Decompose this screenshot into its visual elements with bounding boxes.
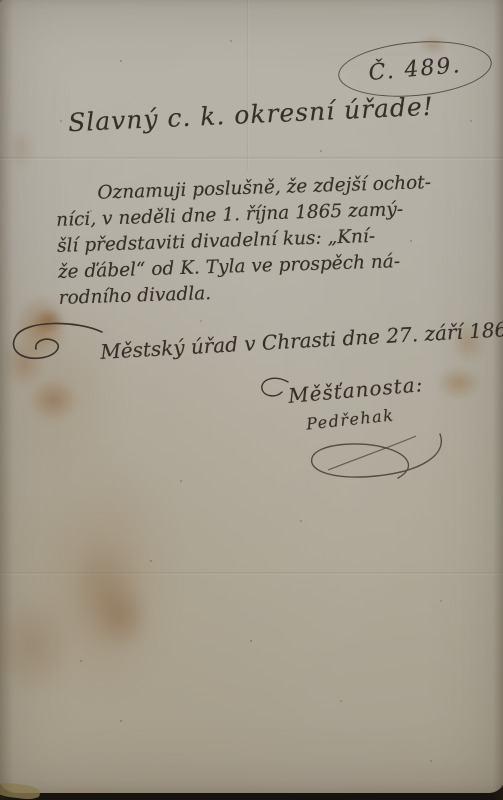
body-paragraph: Oznamuji poslušně, že zdejší ochot- níci…: [55, 170, 435, 312]
document-photo: Č. 489. Slavný c. k. okresní úřade! Ozna…: [0, 0, 503, 800]
paper-edge-shadow: [493, 0, 503, 800]
vertical-fold-crease: [247, 0, 249, 170]
paper-edge-shadow: [0, 0, 14, 800]
reference-number: Č. 489.: [368, 52, 463, 85]
paper-specks: [0, 0, 2, 2]
